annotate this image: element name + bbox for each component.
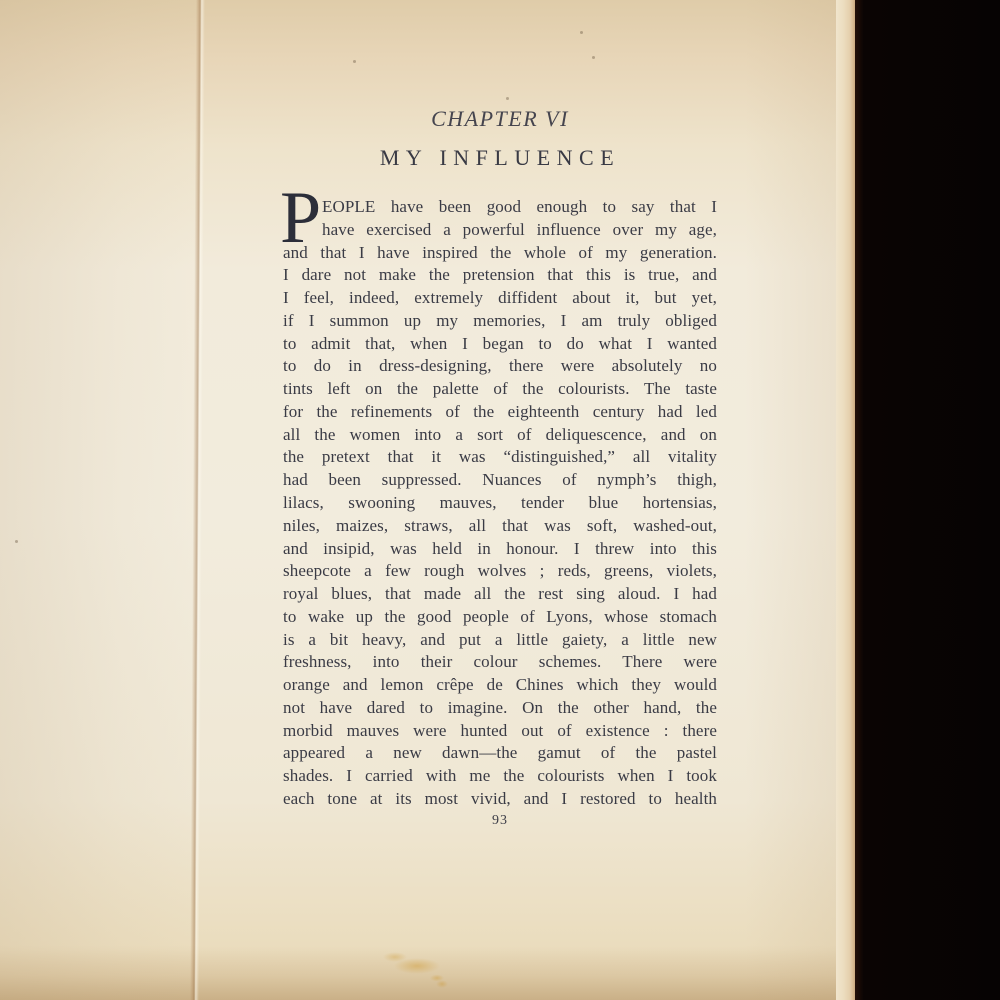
body-line-11: all the women into a sort of deliquescen… bbox=[283, 424, 717, 447]
paper-speck bbox=[15, 540, 18, 543]
chapter-heading: CHAPTER VI bbox=[283, 106, 717, 132]
page-fore-edge bbox=[836, 0, 856, 1000]
paper-speck bbox=[506, 97, 509, 100]
paper-speck bbox=[353, 60, 356, 63]
body-line-15: niles, maizes, straws, all that was soft… bbox=[283, 515, 717, 538]
page-title: MY INFLUENCE bbox=[283, 145, 717, 171]
body-line-18: royal blues, that made all the rest sing… bbox=[283, 583, 717, 606]
body-line-26: shades. I carried with me the colourists… bbox=[283, 765, 717, 788]
body-line-14: lilacs, swooning mauves, tender blue hor… bbox=[283, 492, 717, 515]
body-line-21: freshness, into their colour schemes. Th… bbox=[283, 651, 717, 674]
body-line-8: to do in dress-designing, there were abs… bbox=[283, 355, 717, 378]
body-line-2: have exercised a powerful influence over… bbox=[322, 219, 717, 242]
body-line-7: to admit that, when I began to do what I… bbox=[283, 333, 717, 356]
body-line-16: and insipid, was held in honour. I threw… bbox=[283, 538, 717, 561]
body-line-22: orange and lemon crêpe de Chines which t… bbox=[283, 674, 717, 697]
body-line-27: each tone at its most vivid, and I resto… bbox=[283, 788, 717, 811]
body-line-10: for the refinements of the eighteenth ce… bbox=[283, 401, 717, 424]
body-line-9: tints left on the palette of the colouri… bbox=[283, 378, 717, 401]
body-line-6: if I summon up my memories, I am truly o… bbox=[283, 310, 717, 333]
left-page-margin-shade bbox=[0, 0, 200, 1000]
body-line-24: morbid mauves were hunted out of existen… bbox=[283, 720, 717, 743]
body-line-25: appeared a new dawn—the gamut of the pas… bbox=[283, 742, 717, 765]
paper-speck bbox=[580, 31, 583, 34]
page-number: 93 bbox=[283, 813, 717, 829]
body-line-23: not have dared to imagine. On the other … bbox=[283, 697, 717, 720]
body-line-13: had been suppressed. Nuances of nymph’s … bbox=[283, 469, 717, 492]
body-line-1: EOPLE have been good enough to say that … bbox=[322, 196, 717, 219]
body-line-20: is a bit heavy, and put a little gaiety,… bbox=[283, 629, 717, 652]
drop-cap-letter: P bbox=[280, 181, 324, 255]
body-line-3: and that I have inspired the whole of my… bbox=[283, 242, 717, 265]
body-line-17: sheepcote a few rough wolves ; reds, gre… bbox=[283, 560, 717, 583]
body-line-12: the pretext that it was “distinguished,”… bbox=[283, 446, 717, 469]
book-cover-strip bbox=[855, 0, 1000, 1000]
body-line-19: to wake up the good people of Lyons, who… bbox=[283, 606, 717, 629]
paper-stain bbox=[373, 936, 473, 996]
page-edge-crease bbox=[190, 0, 205, 1000]
book-page-photo: CHAPTER VI MY INFLUENCE P EOPLE have bee… bbox=[0, 0, 1000, 1000]
body-line-5: I feel, indeed, extremely diffident abou… bbox=[283, 287, 717, 310]
paper-stain-dot bbox=[436, 980, 448, 988]
body-line-4: I dare not make the pretension that this… bbox=[283, 264, 717, 287]
paper-speck bbox=[592, 56, 595, 59]
